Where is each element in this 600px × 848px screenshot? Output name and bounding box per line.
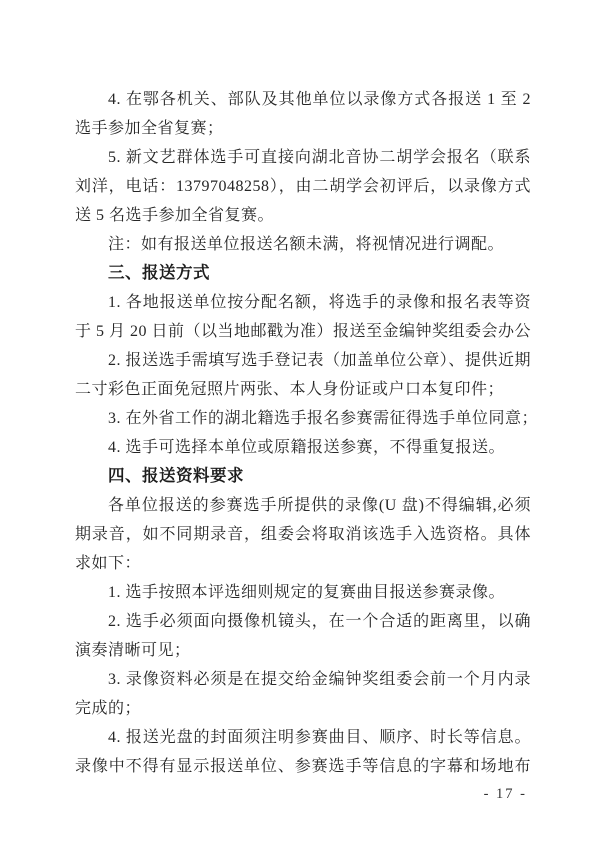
- text-line: 二寸彩色正面免冠照片两张、本人身份证或户口本复印件；: [75, 375, 531, 404]
- text-line: 完成的；: [75, 694, 531, 723]
- text-line: 期录音，如不同期录音，组委会将取消该选手入选资格。具体要: [75, 520, 531, 549]
- text-line: 1. 选手按照本评选细则规定的复赛曲目报送参赛录像。: [75, 578, 531, 607]
- text-line: 1. 各地报送单位按分配名额，将选手的录像和报名表等资料: [75, 288, 531, 317]
- text-line: 求如下：: [75, 549, 531, 578]
- text-line: 2. 选手必须面向摄像机镜头，在一个合适的距离里，以确保: [75, 607, 531, 636]
- text-line: 于 5 月 20 日前（以当地邮戳为准）报送至金编钟奖组委会办公室；: [75, 317, 531, 346]
- section-heading: 四、报送资料要求: [75, 462, 531, 491]
- text-line: 选手参加全省复赛；: [75, 114, 531, 143]
- document-body: 4. 在鄂各机关、部队及其他单位以录像方式各报送 1 至 2 名选手参加全省复赛…: [75, 85, 531, 781]
- section-heading: 三、报送方式: [75, 259, 531, 288]
- text-line: 注：如有报送单位报送名额未满，将视情况进行调配。: [75, 230, 531, 259]
- text-line: 3. 在外省工作的湖北籍选手报名参赛需征得选手单位同意；: [75, 404, 531, 433]
- text-line: 录像中不得有显示报送单位、参赛选手等信息的字幕和场地布景；: [75, 752, 531, 781]
- text-line: 刘洋，电话：13797048258），由二胡学会初评后，以录像方式报: [75, 172, 531, 201]
- text-line: 5. 新文艺群体选手可直接向湖北音协二胡学会报名（联系人：: [75, 143, 531, 172]
- text-line: 2. 报送选手需填写选手登记表（加盖单位公章）、提供近期: [75, 346, 531, 375]
- text-line: 4. 选手可选择本单位或原籍报送参赛，不得重复报送。: [75, 433, 531, 462]
- text-line: 4. 在鄂各机关、部队及其他单位以录像方式各报送 1 至 2 名: [75, 85, 531, 114]
- text-line: 各单位报送的参赛选手所提供的录像(U 盘)不得编辑,必须同: [75, 491, 531, 520]
- text-line: 3. 录像资料必须是在提交给金编钟奖组委会前一个月内录制: [75, 665, 531, 694]
- document-page: 4. 在鄂各机关、部队及其他单位以录像方式各报送 1 至 2 名选手参加全省复赛…: [0, 0, 600, 848]
- text-line: 送 5 名选手参加全省复赛。: [75, 201, 531, 230]
- text-line: 演奏清晰可见；: [75, 636, 531, 665]
- text-line: 4. 报送光盘的封面须注明参赛曲目、顺序、时长等信息。但: [75, 723, 531, 752]
- page-number: - 17 -: [484, 786, 527, 803]
